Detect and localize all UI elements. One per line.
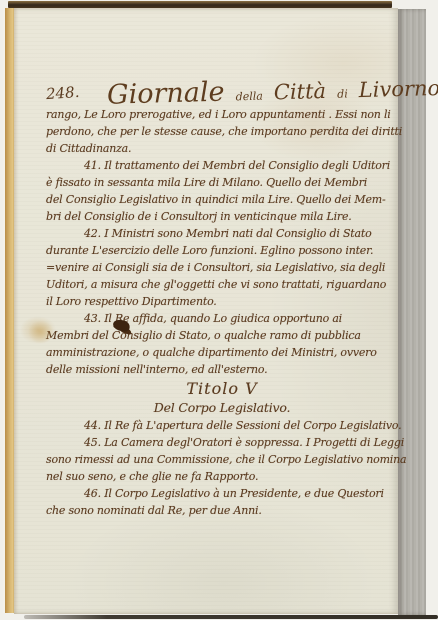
- manuscript-line: 42. I Ministri sono Membri nati dal Cons…: [46, 225, 398, 242]
- manuscript-line: 43. Il Re affida, quando Lo giudica oppo…: [46, 310, 398, 327]
- manuscript-line: delle missioni nell'interno, ed all'este…: [46, 361, 398, 378]
- manuscript-line: Titolo V: [46, 378, 398, 399]
- title-part: Città: [274, 79, 327, 104]
- manuscript-line: rango, Le Loro prerogative, ed i Loro ap…: [46, 106, 398, 123]
- manuscript-line: durante L'esercizio delle Loro funzioni.…: [46, 242, 398, 259]
- manuscript-line: è fissato in sessanta mila Lire di Milan…: [46, 174, 398, 191]
- manuscript-line: =venire ai Consigli sia de i Consultori,…: [46, 259, 398, 276]
- book-cover-top-edge: [8, 1, 392, 8]
- title-part: Livorno: [358, 76, 438, 102]
- manuscript-line: Uditori, a misura che gl'oggetti che vi …: [46, 276, 398, 293]
- book-bottom-edge-shadow: [24, 615, 438, 619]
- title-part: della: [236, 90, 263, 104]
- manuscript-line: Del Corpo Legislativo.: [46, 399, 398, 417]
- manuscript-line: perdono, che per le stesse cause, che im…: [46, 123, 398, 140]
- title-part: di: [337, 87, 348, 100]
- manuscript-line: 46. Il Corpo Legislativo à un Presidente…: [46, 485, 398, 502]
- manuscript-line: amministrazione, o qualche dipartimento …: [46, 344, 398, 361]
- manuscript-text-block: rango, Le Loro prerogative, ed i Loro ap…: [46, 106, 398, 519]
- paper-stain: [28, 320, 54, 344]
- page-title: Giornale della Città di Livorno: [104, 72, 395, 111]
- manuscript-line: nel suo seno, e che glie ne fa Rapporto.: [46, 468, 398, 485]
- manuscript-line: sono rimessi ad una Commissione, che il …: [46, 451, 398, 468]
- manuscript-line: del Consiglio Legislativo in quindici mi…: [46, 191, 398, 208]
- manuscript-line: che sono nominati dal Re, per due Anni.: [46, 502, 398, 519]
- manuscript-line: 45. La Camera degl'Oratori è soppressa. …: [46, 434, 398, 451]
- manuscript-line: 44. Il Re fà L'apertura delle Sessioni d…: [46, 417, 398, 434]
- scanned-book-page: 248. Giornale della Città di Livorno ran…: [0, 0, 438, 620]
- manuscript-line: Membri del Consiglio di Stato, o qualche…: [46, 327, 398, 344]
- manuscript-line: 41. Il trattamento dei Membri del Consig…: [46, 157, 398, 174]
- manuscript-line: bri del Consiglio de i Consultorj in ven…: [46, 208, 398, 225]
- manuscript-page: 248. Giornale della Città di Livorno ran…: [14, 8, 398, 614]
- page-number: 248.: [45, 83, 80, 103]
- manuscript-line: di Cittadinanza.: [46, 140, 398, 157]
- manuscript-line: il Loro respettivo Dipartimento.: [46, 293, 398, 310]
